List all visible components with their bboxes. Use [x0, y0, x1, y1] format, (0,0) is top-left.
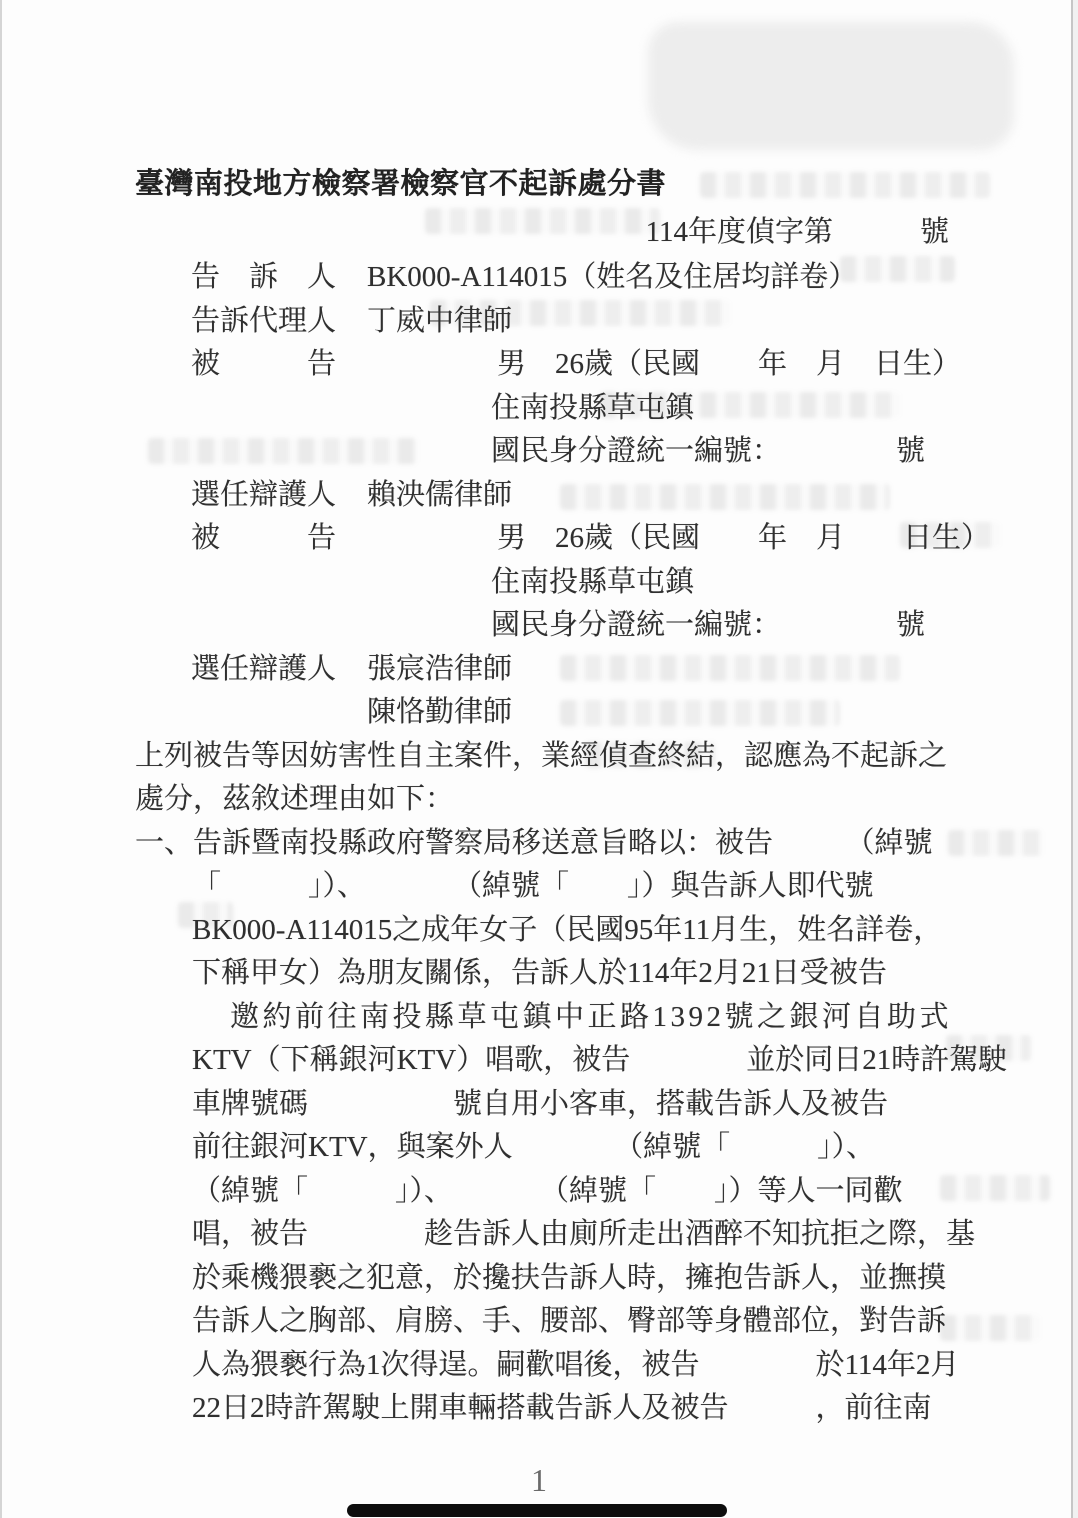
party-row-defense-counsel-1: 選任辯護人 賴泱儒律師 — [191, 474, 937, 518]
party-label: 被 告 — [191, 517, 341, 561]
body-line: 於乘機猥褻之犯意，於攙扶告訴人時，擁抱告訴人，並撫摸 — [192, 1257, 961, 1301]
document-content: 臺灣南投地方檢察署檢察官不起訴處分書 114年度偵字第 號 告 訴 人 BK00… — [135, 160, 961, 1431]
party-value: 國民身分證統一編號： — [491, 430, 781, 474]
body-line: KTV（下稱銀河KTV）唱歌，被告 並於同日21時許駕駛 — [192, 1039, 961, 1083]
party-label: 告 訴 人 — [191, 256, 341, 300]
party-value-right: 號 — [896, 604, 937, 648]
party-value: 陳恪勤律師 — [367, 691, 512, 735]
body-line: 前往銀河KTV，與案外人 （綽號「 」）、 — [192, 1126, 961, 1170]
case-number: 114年度偵字第 號 — [135, 208, 961, 256]
party-row-address-1: 住南投縣草屯鎮 — [191, 387, 937, 431]
scan-edge-right-pad — [1073, 0, 1078, 1518]
parties-block: 告 訴 人 BK000-A114015（姓名及住居均詳卷） 告訴代理人 丁威中律… — [191, 256, 937, 735]
body-line: 告訴人之胸部、肩膀、手、腰部、臀部等身體部位，對告訴 — [192, 1300, 961, 1344]
scan-artifact-blob — [648, 22, 1014, 150]
scanned-document-page: 臺灣南投地方檢察署檢察官不起訴處分書 114年度偵字第 號 告 訴 人 BK00… — [0, 0, 1078, 1518]
body-line: 22日2時許駕駛上開車輛搭載告訴人及被告 ，前往南 — [192, 1387, 961, 1431]
body-text: 上列被告等因妨害性自主案件，業經偵查終結，認應為不起訴之 處分，茲敘述理由如下：… — [135, 735, 961, 1431]
body-line: 一、告訴暨南投縣政府警察局移送意旨略以：被告 （綽號 — [135, 822, 961, 866]
party-label — [191, 691, 341, 735]
body-line: BK000-A114015之成年女子（民國95年11月生，姓名詳卷， — [192, 909, 961, 953]
party-value-right: 號 — [896, 430, 937, 474]
party-value: BK000-A114015（姓名及住居均詳卷） — [367, 256, 857, 300]
party-label: 選任辯護人 — [191, 648, 341, 692]
body-line: 上列被告等因妨害性自主案件，業經偵查終結，認應為不起訴之 — [135, 735, 961, 779]
party-label — [191, 561, 341, 605]
party-row-defendant-2: 被 告 男 26歲（民國 年 月 日生） — [191, 517, 937, 561]
bleedthrough-artifact — [948, 830, 1043, 856]
document-title: 臺灣南投地方檢察署檢察官不起訴處分書 — [135, 160, 961, 208]
party-row-defendant-1: 被 告 男 26歲（民國 年 月 日生） — [191, 343, 937, 387]
party-label: 告訴代理人 — [191, 300, 341, 344]
footer-separator-bar — [347, 1504, 727, 1517]
party-label — [191, 604, 341, 648]
party-label: 選任辯護人 — [191, 474, 341, 518]
party-row-complainant-agent: 告訴代理人 丁威中律師 — [191, 300, 937, 344]
party-value: 男 26歲（民國 年 月 日生） — [497, 517, 990, 561]
party-row-defense-counsel-3: 陳恪勤律師 — [191, 691, 937, 735]
body-line: 下稱甲女）為朋友關係，告訴人於114年2月21日受被告 — [192, 952, 961, 996]
body-line: 處分，茲敘述理由如下： — [135, 778, 961, 822]
body-line: 唱，被告 趁告訴人由廁所走出酒醉不知抗拒之際，基 — [192, 1213, 961, 1257]
party-row-id-number-2: 國民身分證統一編號： 號 — [191, 604, 937, 648]
body-line: 車牌號碼 號自用小客車，搭載告訴人及被告 — [192, 1083, 961, 1127]
party-row-complainant: 告 訴 人 BK000-A114015（姓名及住居均詳卷） — [191, 256, 937, 300]
party-value: 丁威中律師 — [367, 300, 512, 344]
body-line: 「 」）、 （綽號「 」）與告訴人即代號 — [192, 865, 961, 909]
party-value: 賴泱儒律師 — [367, 474, 512, 518]
party-label — [191, 387, 341, 431]
party-value: 住南投縣草屯鎮 — [491, 561, 694, 605]
party-row-defense-counsel-2: 選任辯護人 張宸浩律師 — [191, 648, 937, 692]
party-row-id-number-1: 國民身分證統一編號： 號 — [191, 430, 937, 474]
body-line: 人為猥褻行為1次得逞。嗣歡唱後，被告 於114年2月 — [192, 1344, 961, 1388]
body-line: 邀約前往南投縣草屯鎮中正路1392號之銀河自助式 — [230, 996, 961, 1040]
body-line: （綽號「 」）、 （綽號「 」）等人一同歡 — [192, 1170, 961, 1214]
party-row-address-2: 住南投縣草屯鎮 — [191, 561, 937, 605]
scan-edge-left — [0, 0, 2, 1518]
party-value: 國民身分證統一編號： — [491, 604, 781, 648]
party-label: 被 告 — [191, 343, 341, 387]
page-number: 1 — [0, 1462, 1078, 1499]
party-label — [191, 430, 341, 474]
party-value: 住南投縣草屯鎮 — [491, 387, 694, 431]
party-value: 張宸浩律師 — [367, 648, 512, 692]
party-value: 男 26歲（民國 年 月 日生） — [497, 343, 961, 387]
